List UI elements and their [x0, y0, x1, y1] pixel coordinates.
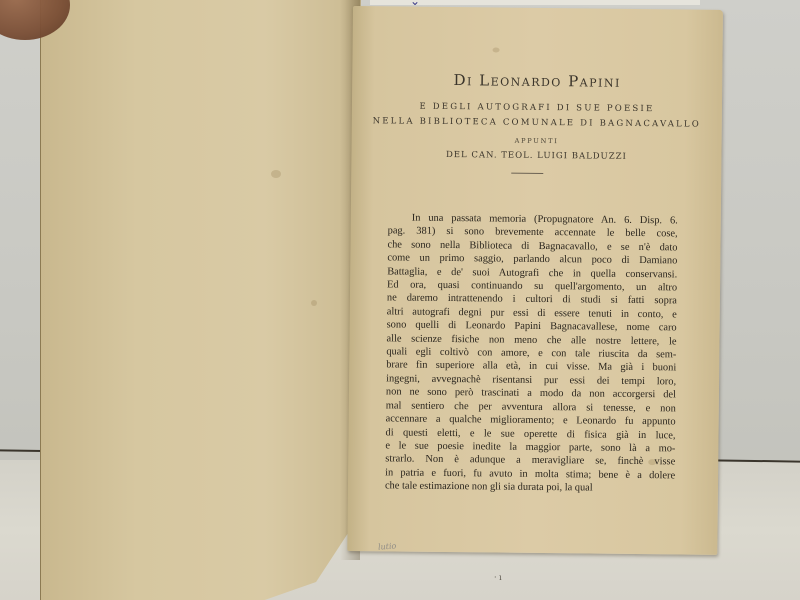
document-author: del can. teol. Luigi Balduzzi	[351, 149, 721, 163]
right-page: Di Leonardo Papini e degli autografi di …	[347, 6, 723, 555]
paper-stain	[493, 47, 500, 52]
document-title: Di Leonardo Papini	[352, 70, 722, 92]
paper-stain	[271, 170, 281, 178]
left-page-blank	[40, 0, 361, 600]
page-content: Di Leonardo Papini e degli autografi di …	[347, 6, 723, 555]
title-divider	[511, 173, 543, 174]
paper-stain	[311, 300, 317, 306]
paper-stain	[648, 459, 656, 465]
document-subtitle-line-1: e degli autografi di sue poesie	[352, 101, 722, 115]
dot-marks: · ı	[494, 573, 502, 582]
body-text: In una passata memoria (Propugnatore An.…	[385, 211, 678, 496]
document-subtitle-line-2: nella biblioteca comunale di Bagnacavall…	[352, 116, 722, 130]
document-label: appunti	[352, 135, 722, 147]
pencil-note: lutio	[378, 541, 397, 551]
